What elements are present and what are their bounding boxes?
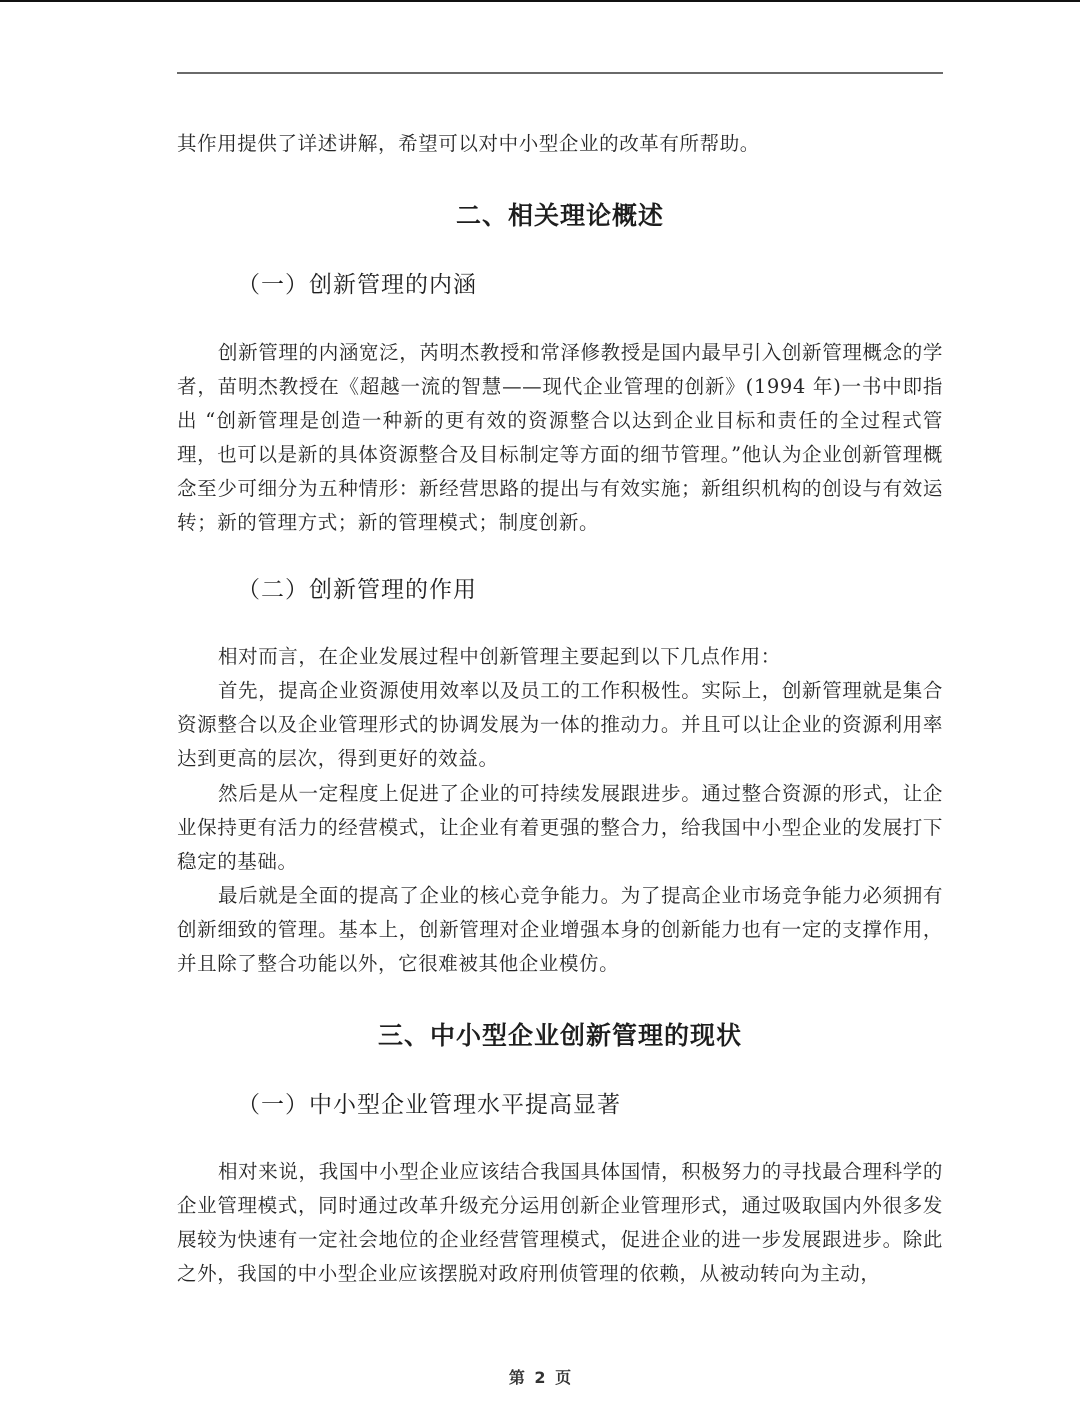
paragraph-innovation-connotation: 创新管理的内涵宽泛，芮明杰教授和常泽修教授是国内最早引入创新管理概念的学者，苗明… [177, 336, 943, 540]
header-rule [177, 72, 943, 74]
intro-continuation-paragraph: 其作用提供了详述讲解，希望可以对中小型企业的改革有所帮助。 [177, 127, 943, 161]
paragraph-role-then: 然后是从一定程度上促进了企业的可持续发展跟进步。通过整合资源的形式，让企业保持更… [177, 777, 943, 879]
subsection-heading-2-1: （一）创新管理的内涵 [237, 266, 477, 299]
top-border [0, 0, 1080, 2]
paragraph-role-first: 首先，提高企业资源使用效率以及员工的工作积极性。实际上，创新管理就是集合资源整合… [177, 674, 943, 776]
subsection-heading-2-2: （二）创新管理的作用 [237, 571, 477, 604]
page-number: 第 2 页 [0, 1365, 1080, 1388]
section-heading-2: 二、相关理论概述 [177, 196, 943, 232]
section-heading-3: 三、中小型企业创新管理的现状 [177, 1016, 943, 1052]
subsection-heading-3-1: （一）中小型企业管理水平提高显著 [237, 1086, 621, 1119]
paragraph-management-level: 相对来说，我国中小型企业应该结合我国具体国情，积极努力的寻找最合理科学的企业管理… [177, 1155, 943, 1291]
paragraph-role-finally: 最后就是全面的提高了企业的核心竞争能力。为了提高企业市场竞争能力必须拥有创新细致… [177, 879, 943, 981]
paragraph-role-intro: 相对而言，在企业发展过程中创新管理主要起到以下几点作用： [177, 640, 943, 674]
